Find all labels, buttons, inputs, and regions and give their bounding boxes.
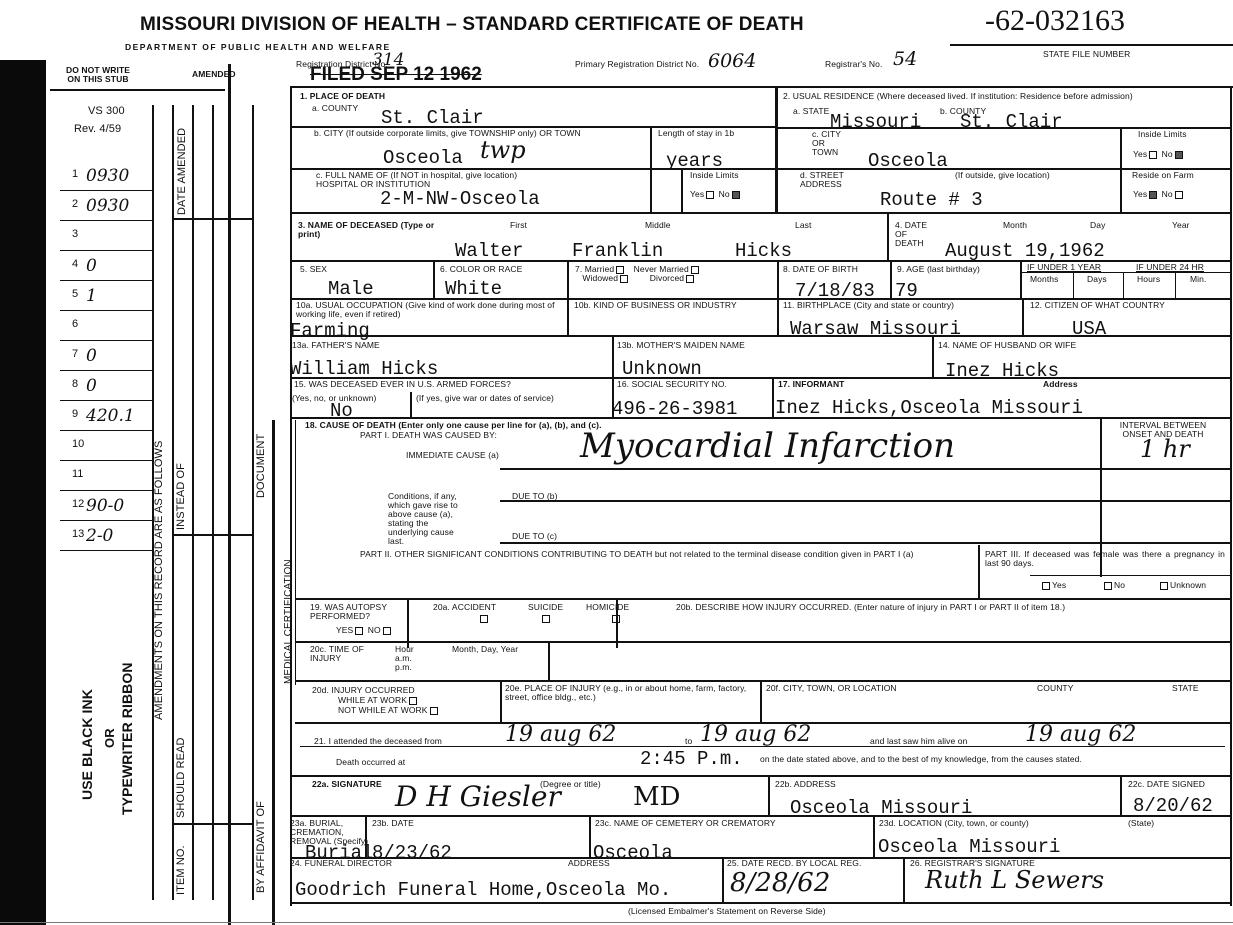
date-signed-label: 22c. DATE SIGNED — [1128, 780, 1205, 789]
stub-row-value: 0 — [86, 376, 97, 396]
suicide-option[interactable]: SUICIDE — [528, 603, 563, 612]
death-city: Osceola — [383, 147, 463, 169]
first-label: First — [510, 221, 527, 230]
stub-row-value: 2-0 — [86, 526, 113, 546]
homicide-option[interactable]: HOMICIDE — [586, 603, 629, 612]
middle-label: Middle — [645, 221, 671, 230]
middle-name: Franklin — [572, 240, 663, 262]
accident-checkbox[interactable] — [480, 615, 488, 623]
ssn-label: 16. SOCIAL SECURITY NO. — [617, 380, 727, 389]
residence-label: 2. USUAL RESIDENCE (Where deceased lived… — [783, 92, 1223, 101]
stub-row-line — [60, 340, 152, 341]
hour-label: Hour a.m. p.m. — [395, 645, 425, 672]
immediate-cause-label: IMMEDIATE CAUSE (a) — [406, 451, 499, 460]
stub-row-number: 11 — [72, 468, 83, 480]
father-label: 13a. FATHER'S NAME — [292, 341, 380, 350]
stub-row-line — [60, 460, 152, 461]
physician-degree: MD — [633, 782, 680, 812]
hours-label: Hours — [1137, 275, 1160, 284]
stub-row-line — [60, 430, 152, 431]
death-occurred-label: Death occurred at — [336, 758, 405, 767]
part3-label: PART III. If deceased was female was the… — [985, 550, 1225, 568]
county-label: a. COUNTY — [312, 104, 358, 113]
ink-notice-1: USE BLACK INK — [80, 689, 95, 800]
pregnancy-no[interactable]: No — [1102, 581, 1125, 590]
accident-option[interactable]: 20a. ACCIDENT — [433, 603, 496, 612]
day-label: Day — [1090, 221, 1105, 230]
pregnancy-unknown[interactable]: Unknown — [1158, 581, 1206, 590]
registrar-signature[interactable]: Ruth L Sewers — [925, 866, 1104, 894]
time-of-injury-label: 20c. TIME OF INJURY — [310, 645, 380, 663]
stub-row-number: 6 — [72, 318, 78, 330]
instead-of-label: INSTEAD OF — [176, 463, 188, 530]
stub-row-line — [60, 400, 152, 401]
part2-label: PART II. OTHER SIGNIFICANT CONDITIONS CO… — [360, 550, 960, 559]
birthplace-label: 11. BIRTHPLACE (City and state or countr… — [783, 301, 954, 310]
stub-row-line — [60, 370, 152, 371]
dod-label: 4. DATE OF DEATH — [895, 221, 935, 248]
informant-label: 17. INFORMANT — [778, 380, 844, 389]
stub-row-number: 2 — [72, 198, 78, 210]
res-city-label: c. CITY OR TOWN — [812, 130, 852, 157]
conditions-label: Conditions, if any, which gave rise to a… — [388, 492, 460, 546]
attended-label: 21. I attended the deceased from — [314, 737, 442, 746]
street-note: (If outside, give location) — [955, 171, 1050, 180]
attended-from: 19 aug 62 — [505, 722, 616, 747]
ink-notice-2: OR — [103, 728, 117, 748]
state-file-number: -62-032163 — [985, 4, 1125, 38]
burial-state-label: (State) — [1128, 819, 1154, 828]
sex: Male — [328, 278, 374, 300]
armed-forces-label: 15. WAS DECEASED EVER IN U.S. ARMED FORC… — [294, 380, 511, 389]
place-of-death-label: 1. PLACE OF DEATH — [300, 92, 385, 101]
item-no-label: ITEM NO. — [176, 845, 188, 895]
days-label: Days — [1087, 275, 1107, 284]
stub-row-line — [60, 310, 152, 311]
min-label: Min. — [1190, 275, 1206, 284]
hospital-label: c. FULL NAME OF (If NOT in hospital, giv… — [316, 171, 556, 189]
medical-certification-label: MEDICAL CERTIFICATION — [284, 559, 295, 684]
not-at-work-option[interactable]: NOT WHILE AT WORK — [338, 706, 440, 715]
registrar-no: 54 — [893, 48, 917, 70]
primary-district: 6064 — [708, 50, 756, 72]
registrar-no-label: Registrar's No. — [825, 60, 882, 69]
dob-label: 8. DATE OF BIRTH — [783, 265, 858, 274]
date-received: 8/28/62 — [730, 868, 830, 898]
injury-state-label: STATE — [1172, 684, 1199, 693]
hospital: 2-M-NW-Osceola — [380, 188, 540, 210]
burial-date-label: 23b. DATE — [372, 819, 414, 828]
injury-city-label: 20f. CITY, TOWN, OR LOCATION — [766, 684, 897, 693]
res-county: St. Clair — [960, 111, 1063, 133]
last-saw-label: and last saw him alive on — [870, 737, 967, 746]
industry-label: 10b. KIND OF BUSINESS OR INDUSTRY — [574, 301, 737, 310]
stub-row-value: 90-0 — [86, 496, 124, 516]
do-not-write-label: DO NOT WRITE ON THIS STUB — [62, 66, 134, 84]
under-day-label: IF UNDER 24 HR — [1136, 263, 1204, 272]
stub-row-line — [60, 250, 152, 251]
informant-address-label: Address — [1043, 380, 1078, 389]
stub-row-value: 420.1 — [86, 406, 135, 426]
last-name: Hicks — [735, 240, 792, 262]
cemetery-label: 23c. NAME OF CEMETERY OR CREMATORY — [595, 819, 776, 828]
injury-county-label: COUNTY — [1037, 684, 1074, 693]
stub-row-value: 0930 — [86, 196, 129, 216]
last-label: Last — [795, 221, 811, 230]
should-read-label: SHOULD READ — [176, 737, 188, 818]
pregnancy-yes[interactable]: Yes — [1040, 581, 1066, 590]
attended-to: 19 aug 62 — [700, 722, 811, 747]
stub-row-number: 13 — [72, 528, 84, 540]
death-inside-limits[interactable]: Yes No — [690, 190, 742, 199]
embalmer-note: (Licensed Embalmer's Statement on Revers… — [628, 907, 826, 916]
immediate-cause: Myocardial Infarction — [580, 426, 955, 466]
stub-row-line — [60, 280, 152, 281]
by-affidavit-label: BY AFFIDAVIT OF — [256, 801, 268, 893]
first-name: Walter — [455, 240, 523, 262]
reside-farm-label: Reside on Farm — [1132, 171, 1194, 180]
stub-row-value: 1 — [86, 286, 97, 306]
suicide-checkbox[interactable] — [542, 615, 550, 623]
res-street: Route # 3 — [880, 189, 983, 211]
stub-row-value: 0930 — [86, 166, 129, 186]
funeral-director: Goodrich Funeral Home,Osceola Mo. — [295, 879, 671, 901]
stub-row-number: 7 — [72, 348, 78, 360]
to-label: to — [685, 737, 692, 746]
due-to-c-label: DUE TO (c) — [512, 532, 557, 541]
state-file-number-label: STATE FILE NUMBER — [1043, 50, 1130, 59]
marital-status[interactable]: 7. Married Never Married Widowed Divorce… — [575, 265, 770, 283]
physician-address-label: 22b. ADDRESS — [775, 780, 836, 789]
under-year-label: IF UNDER 1 YEAR — [1027, 263, 1101, 272]
mother-label: 13b. MOTHER'S MAIDEN NAME — [617, 341, 745, 350]
stub-row-line — [60, 550, 152, 551]
stub-row-value: 0 — [86, 346, 97, 366]
physician-signature[interactable]: D H Giesler — [395, 780, 561, 813]
citizen-label: 12. CITIZEN OF WHAT COUNTRY — [1030, 301, 1165, 310]
year-label: Year — [1172, 221, 1190, 230]
mdy-label: Month, Day, Year — [452, 645, 518, 654]
interval: 1 hr — [1140, 435, 1190, 463]
part1-label: PART I. DEATH WAS CAUSED BY: — [360, 431, 497, 440]
months-label: Months — [1030, 275, 1058, 284]
last-saw: 19 aug 62 — [1025, 722, 1136, 747]
month-label: Month — [1003, 221, 1027, 230]
death-time: 2:45 P.m. — [640, 748, 743, 770]
amendments-label: AMENDMENTS ON THIS RECORD ARE AS FOLLOWS — [154, 441, 166, 720]
stub-row-number: 1 — [72, 168, 78, 180]
ink-notice-3: TYPEWRITER RIBBON — [120, 662, 135, 815]
death-occurred-tail: on the date stated above, and to the bes… — [760, 755, 1082, 764]
city-label: b. CITY (If outside corporate limits, gi… — [314, 129, 644, 138]
at-work-option[interactable]: WHILE AT WORK — [338, 696, 419, 705]
spouse-name: Inez Hicks — [945, 360, 1059, 382]
death-city-note: twp — [480, 136, 526, 164]
scan-edge — [0, 60, 46, 925]
recd-label: 25. DATE RECD. BY LOCAL REG. — [727, 859, 861, 868]
street-label: d. STREET ADDRESS — [800, 171, 860, 189]
stub-row-number: 5 — [72, 288, 78, 300]
autopsy-label: 19. WAS AUTOPSY PERFORMED? — [310, 603, 390, 621]
page-title: MISSOURI DIVISION OF HEALTH – STANDARD C… — [140, 14, 804, 36]
spouse-label: 14. NAME OF HUSBAND OR WIFE — [938, 341, 1076, 350]
signature-label: 22a. SIGNATURE — [312, 780, 382, 789]
race: White — [445, 278, 502, 300]
stay-label: Length of stay in 1b — [658, 129, 734, 138]
stub-row-value: 0 — [86, 256, 97, 276]
armed-sub-2: (If yes, give war or dates of service) — [416, 394, 554, 403]
inside-limits-label: Inside Limits — [690, 171, 739, 180]
res-inside-limits-label: Inside Limits — [1138, 130, 1187, 139]
citizen: USA — [1072, 318, 1106, 340]
age-label: 9. AGE (last birthday) — [897, 265, 980, 274]
sex-label: 5. SEX — [300, 265, 327, 274]
occurred-label: 20d. INJURY OCCURRED — [312, 686, 415, 695]
informant: Inez Hicks,Osceola Missouri — [775, 397, 1083, 419]
birthplace: Warsaw Missouri — [790, 318, 961, 340]
stub-row-number: 9 — [72, 408, 78, 420]
filed-stamp: FILED SEP 12 1962 — [310, 64, 482, 86]
primary-district-label: Primary Registration District No. — [575, 60, 699, 69]
res-inside-limits[interactable]: Yes No — [1133, 150, 1185, 159]
date-amended-label: DATE AMENDED — [177, 128, 189, 215]
race-label: 6. COLOR OR RACE — [440, 265, 522, 274]
stub-row-line — [60, 520, 152, 521]
reside-farm[interactable]: Yes No — [1133, 190, 1185, 199]
date-signed: 8/20/62 — [1133, 795, 1213, 817]
stub-row-number: 4 — [72, 258, 78, 270]
stub-row-number: 12 — [72, 498, 84, 510]
burial-location: Osceola Missouri — [878, 836, 1060, 858]
director-address-label: ADDRESS — [568, 859, 610, 868]
stub-row-line — [60, 220, 152, 221]
document-label: DOCUMENT — [256, 434, 268, 498]
date-of-death: August 19,1962 — [945, 240, 1105, 262]
stub-row-number: 3 — [72, 228, 78, 240]
form-no: VS 300 — [88, 106, 125, 118]
occupation-label: 10a. USUAL OCCUPATION (Give kind of work… — [296, 301, 566, 319]
autopsy-options[interactable]: YES NO — [336, 626, 393, 635]
occupation: Farming — [290, 320, 370, 342]
cause-label: 18. CAUSE OF DEATH (Enter only one cause… — [305, 421, 602, 430]
place-of-injury-label: 20e. PLACE OF INJURY (e.g., in or about … — [505, 684, 755, 702]
describe-injury-label: 20b. DESCRIBE HOW INJURY OCCURRED. (Ente… — [676, 603, 1065, 612]
funeral-director-label: 24. FUNERAL DIRECTOR — [290, 859, 392, 868]
stub-row-line — [60, 490, 152, 491]
stub-row-number: 10 — [72, 438, 84, 450]
stub-row-number: 8 — [72, 378, 78, 390]
form-rev: Rev. 4/59 — [74, 124, 121, 136]
stub-row-line — [60, 190, 152, 191]
burial-location-label: 23d. LOCATION (City, town, or county) — [879, 819, 1029, 828]
name-label: 3. NAME OF DECEASED (Type or print) — [298, 221, 438, 239]
res-state-label: a. STATE — [793, 107, 829, 116]
page-subtitle: DEPARTMENT OF PUBLIC HEALTH AND WELFARE — [125, 42, 391, 52]
